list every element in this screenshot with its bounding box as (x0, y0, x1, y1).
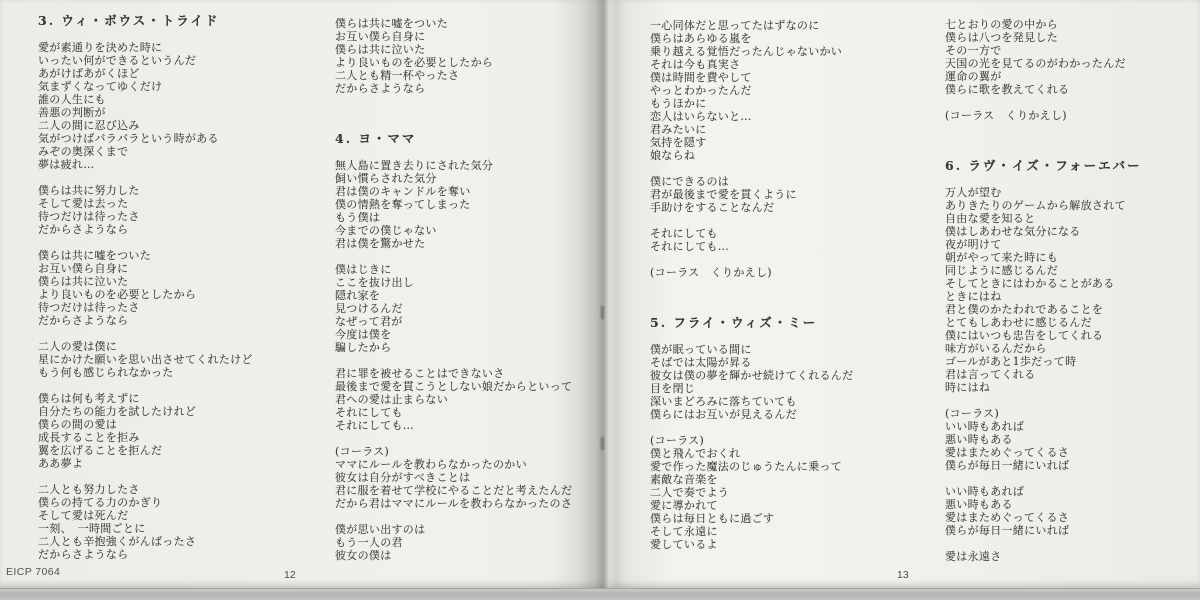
lyric-line: 僕らの持てる力のかぎり (38, 496, 253, 509)
stanza: 僕らは共に嘘をついたお互い僕ら自身に僕らは共に泣いたより良いものを必要としたから… (335, 17, 572, 95)
lyric-line: 愛はまためぐってくるさ (945, 511, 1142, 524)
lyric-line: 愛が素通りを決めた時に (38, 41, 253, 54)
lyric-line: 無人島に置き去りにされた気分 (335, 159, 572, 172)
lyric-line: 目を閉じ (650, 382, 853, 395)
lyrics-column-3: 一心同体だと思ってたはずなのに僕らはあらゆる嵐を乗り越える覚悟だったんじゃないか… (650, 19, 853, 551)
lyric-line: 僕らは共に嘘をついた (335, 17, 572, 30)
lyric-line: 善悪の判断が (38, 106, 253, 119)
lyric-line: そして永遠に (650, 525, 853, 538)
lyric-line: とてもしあわせに感じるんだ (945, 316, 1142, 329)
lyric-line: 僕らにはお互いが見えるんだ (650, 408, 853, 421)
lyric-line: もうほかに (650, 97, 853, 110)
lyric-line: 君は言ってくれる (945, 368, 1142, 381)
lyric-line: 気持を隠す (650, 136, 853, 149)
lyric-line: より良いものを必要としたから (335, 56, 572, 69)
lyric-line: 隠れ家を (335, 289, 572, 302)
lyric-line: 自由な愛を知ると (945, 212, 1142, 225)
stanza: (コーラス くりかえし) (650, 266, 853, 279)
lyric-line: 悪い時もある (945, 498, 1142, 511)
lyric-line: 飼い慣らされた気分 (335, 172, 572, 185)
lyric-line: 星にかけた願いを思い出させてくれたけど (38, 353, 253, 366)
lyric-line: 運命の翼が (945, 70, 1142, 83)
lyric-line: いったい何ができるというんだ (38, 54, 253, 67)
lyric-line: 僕らは共に泣いた (38, 275, 253, 288)
lyric-line: 素敵な音楽を (650, 473, 853, 486)
stanza: (コーラス)ママにルールを教わらなかったのかい彼女は自分がすべきことは君に服を着… (335, 445, 572, 510)
lyric-line: 君に罪を被せることはできないさ (335, 367, 572, 380)
lyric-line: 僕らは毎日ともに過ごす (650, 512, 853, 525)
lyrics-column-4: 七とおりの愛の中から僕らは八つを発見したその一方で天国の光を見てるのがわかったん… (945, 18, 1142, 563)
stanza: 万人が望むありきたりのゲームから解放されて自由な愛を知ると僕はしあわせな気分にな… (945, 186, 1142, 394)
lyric-line: 見つけるんだ (335, 302, 572, 315)
lyrics-column-1: 3. ウィ・ボウス・トライド愛が素通りを決めた時にいったい何ができるというんだあ… (38, 13, 253, 561)
lyric-line: 二人とも辛抱強くがんばったさ (38, 535, 253, 548)
lyric-line: 成長することを拒み (38, 431, 253, 444)
lyric-line: 二人で奏でよう (650, 486, 853, 499)
lyric-line: そして愛は死んだ (38, 509, 253, 522)
lyric-line: 君に服を着せて学校にやることだと考えたんだ (335, 484, 572, 497)
lyric-line: やっとわかったんだ (650, 84, 853, 97)
stanza: 一心同体だと思ってたはずなのに僕らはあらゆる嵐を乗り越える覚悟だったんじゃないか… (650, 19, 853, 162)
lyric-line: 二人の愛は僕に (38, 340, 253, 353)
lyric-line: 愛は永遠さ (945, 550, 1142, 563)
stanza: 僕らは何も考えずに自分たちの能力を試したけれど僕らの間の愛は成長することを拒み翼… (38, 392, 253, 470)
lyric-line: 深いまどろみに落ちていても (650, 395, 853, 408)
lyric-line: そしてときにはわかることがある (945, 277, 1142, 290)
lyric-line: 誰の人生にも (38, 93, 253, 106)
lyric-line: 僕らは共に泣いた (335, 43, 572, 56)
lyric-line: ママにルールを教わらなかったのかい (335, 458, 572, 471)
stanza: 愛は永遠さ (945, 550, 1142, 563)
lyric-line: 二人とも努力したさ (38, 483, 253, 496)
lyric-line: もう何も感じられなかった (38, 366, 253, 379)
lyric-line: それにしても (335, 406, 572, 419)
lyric-line: 天国の光を見てるのがわかったんだ (945, 57, 1142, 70)
stanza: 無人島に置き去りにされた気分飼い慣らされた気分君は僕のキャンドルを奪い僕の情熱を… (335, 159, 572, 250)
stanza: 二人の愛は僕に星にかけた願いを思い出させてくれたけどもう何も感じられなかった (38, 340, 253, 379)
song-title: 6. ラヴ・イズ・フォーエバー (945, 158, 1142, 173)
stanza: 二人とも努力したさ僕らの持てる力のかぎりそして愛は死んだ一刻、 一時間ごとに二人… (38, 483, 253, 561)
lyric-line: 君は僕を驚かせた (335, 237, 572, 250)
staple-icon (601, 306, 604, 319)
lyric-line: いい時もあれば (945, 420, 1142, 433)
lyric-line: 二人とも精一杯やったさ (335, 69, 572, 82)
stanza: 僕が思い出すのはもう一人の君彼女の僕は (335, 523, 572, 562)
lyric-line: 七とおりの愛の中から (945, 18, 1142, 31)
stanza: いい時もあれば悪い時もある愛はまためぐってくるさ僕らが毎日一緒にいれば (945, 485, 1142, 537)
lyric-line: そして愛は去った (38, 197, 253, 210)
lyric-line: 僕らは何も考えずに (38, 392, 253, 405)
lyric-line: 僕にはいつも忠告をしてくれる (945, 329, 1142, 342)
lyric-line: 愛しているよ (650, 538, 853, 551)
lyric-line: 僕は時間を費やして (650, 71, 853, 84)
booklet-scan: 3. ウィ・ボウス・トライド愛が素通りを決めた時にいったい何ができるというんだあ… (0, 0, 1200, 600)
stanza: 僕が眠っている間にそばでは太陽が昇る彼女は僕の夢を輝かせ続けてくれるんだ目を閉じ… (650, 343, 853, 421)
stanza: (コーラス くりかえし) (945, 109, 1142, 122)
lyric-line: 僕らは共に嘘をついた (38, 249, 253, 262)
lyric-line: 愛はまためぐってくるさ (945, 446, 1142, 459)
lyric-line: 君と僕のかたわれであることを (945, 303, 1142, 316)
catalog-number: EICP 7064 (6, 566, 60, 578)
stanza: 君に罪を被せることはできないさ最後まで愛を貫こうとしない娘だからといって君への愛… (335, 367, 572, 432)
lyric-line: 気がつけばバラバラという時がある (38, 132, 253, 145)
lyric-line: 朝がやって来た時にも (945, 251, 1142, 264)
lyric-line: その一方で (945, 44, 1142, 57)
lyric-line: (コーラス) (650, 434, 853, 447)
lyric-line: 夜が明けて (945, 238, 1142, 251)
lyric-line: もう一人の君 (335, 536, 572, 549)
lyric-line: お互い僕ら自身に (335, 30, 572, 43)
lyric-line: 娘ならね (650, 149, 853, 162)
lyric-line: 僕らは共に努力した (38, 184, 253, 197)
stanza: (コーラス)僕と飛んでおくれ愛で作った魔法のじゅうたんに乗って素敵な音楽を二人で… (650, 434, 853, 551)
lyric-line: 君は僕のキャンドルを奪い (335, 185, 572, 198)
lyric-line: 気まずくなってゆくだけ (38, 80, 253, 93)
lyric-line: 二人の間に忍び込み (38, 119, 253, 132)
lyric-line: 僕はしあわせな気分になる (945, 225, 1142, 238)
lyric-line: だからさようなら (38, 223, 253, 236)
lyric-line: 時にはね (945, 381, 1142, 394)
lyric-line: 僕らは八つを発見した (945, 31, 1142, 44)
lyric-line: なぜって君が (335, 315, 572, 328)
lyric-line: 僕はじきに (335, 263, 572, 276)
lyric-line: 僕が眠っている間に (650, 343, 853, 356)
stanza: それにしてもそれにしても… (650, 227, 853, 253)
lyric-line: 愛で作った魔法のじゅうたんに乗って (650, 460, 853, 473)
lyric-line: 今度は僕を (335, 328, 572, 341)
lyric-line: ありきたりのゲームから解放されて (945, 199, 1142, 212)
lyric-line: 今までの僕じゃない (335, 224, 572, 237)
lyric-line: それは今も真実さ (650, 58, 853, 71)
lyric-line: (コーラス) (335, 445, 572, 458)
lyric-line: 一心同体だと思ってたはずなのに (650, 19, 853, 32)
lyric-line: だからさようなら (38, 548, 253, 561)
lyric-line: 僕らの間の愛は (38, 418, 253, 431)
lyric-line: 手助けをすることなんだ (650, 201, 853, 214)
lyric-line: そばでは太陽が昇る (650, 356, 853, 369)
lyric-line: 僕が思い出すのは (335, 523, 572, 536)
lyric-line: だからさようなら (335, 82, 572, 95)
lyric-line: 僕の情熱を奪ってしまった (335, 198, 572, 211)
lyric-line: 君が最後まで愛を貫くように (650, 188, 853, 201)
lyric-line: だからさようなら (38, 314, 253, 327)
lyric-line: 彼女は僕の夢を輝かせ続けてくれるんだ (650, 369, 853, 382)
lyric-line: いい時もあれば (945, 485, 1142, 498)
lyric-line: 最後まで愛を貫こうとしない娘だからといって (335, 380, 572, 393)
lyric-line: 君への愛は止まらない (335, 393, 572, 406)
lyric-line: ああ夢よ (38, 457, 253, 470)
lyric-line: 僕らに歌を教えてくれる (945, 83, 1142, 96)
stanza: (コーラス)いい時もあれば悪い時もある愛はまためぐってくるさ僕らが毎日一緒にいれ… (945, 407, 1142, 472)
stanza: 愛が素通りを決めた時にいったい何ができるというんだあがけばあがくほど気まずくなっ… (38, 41, 253, 171)
lyric-line: 夢は疲れ… (38, 158, 253, 171)
lyric-line: 君みたいに (650, 123, 853, 136)
lyric-line: (コーラス くりかえし) (945, 109, 1142, 122)
lyric-line: 待つだけは待ったさ (38, 210, 253, 223)
lyric-line: 彼女の僕は (335, 549, 572, 562)
lyric-line: ときにはね (945, 290, 1142, 303)
lyric-line: それにしても… (650, 240, 853, 253)
scan-edge-shadow (0, 588, 1200, 600)
lyric-line: 悪い時もある (945, 433, 1142, 446)
lyric-line: 僕にできるのは (650, 175, 853, 188)
lyric-line: もう僕は (335, 211, 572, 224)
lyric-line: 翼を広げることを拒んだ (38, 444, 253, 457)
lyric-line: 愛に導かれて (650, 499, 853, 512)
lyric-line: 同じように感じるんだ (945, 264, 1142, 277)
lyric-line: 待つだけは待ったさ (38, 301, 253, 314)
song-title: 3. ウィ・ボウス・トライド (38, 13, 253, 28)
lyric-line: ここを抜け出し (335, 276, 572, 289)
song-title: 5. フライ・ウィズ・ミー (650, 315, 853, 330)
stanza: 僕はじきにここを抜け出し隠れ家を見つけるんだなぜって君が今度は僕を騙したから (335, 263, 572, 354)
lyric-line: 万人が望む (945, 186, 1142, 199)
lyric-line: (コーラス) (945, 407, 1142, 420)
lyric-line: 僕らはあらゆる嵐を (650, 32, 853, 45)
lyric-line: 僕と飛んでおくれ (650, 447, 853, 460)
stanza: 七とおりの愛の中から僕らは八つを発見したその一方で天国の光を見てるのがわかったん… (945, 18, 1142, 96)
lyric-line: 騙したから (335, 341, 572, 354)
lyric-line: 味方がいるんだから (945, 342, 1142, 355)
lyric-line: 乗り越える覚悟だったんじゃないかい (650, 45, 853, 58)
stanza: 僕らは共に努力したそして愛は去った待つだけは待ったさだからさようなら (38, 184, 253, 236)
lyric-line: ゴールがあと1歩だって時 (945, 355, 1142, 368)
lyric-line: それにしても (650, 227, 853, 240)
stanza: 僕にできるのは君が最後まで愛を貫くように手助けをすることなんだ (650, 175, 853, 214)
stanza: 僕らは共に嘘をついたお互い僕ら自身に僕らは共に泣いたより良いものを必要としたから… (38, 249, 253, 327)
lyric-line: 彼女は自分がすべきことは (335, 471, 572, 484)
lyric-line: それにしても… (335, 419, 572, 432)
lyric-line: (コーラス くりかえし) (650, 266, 853, 279)
lyric-line: より良いものを必要としたから (38, 288, 253, 301)
lyric-line: 僕らが毎日一緒にいれば (945, 459, 1142, 472)
page-number-left: 12 (284, 569, 296, 581)
lyric-line: だから君はママにルールを教わらなかったのさ (335, 497, 572, 510)
staple-icon (601, 437, 604, 450)
lyric-line: 自分たちの能力を試したけれど (38, 405, 253, 418)
lyric-line: あがけばあがくほど (38, 67, 253, 80)
song-title: 4. ヨ・ママ (335, 131, 572, 146)
lyric-line: みぞの奥深くまで (38, 145, 253, 158)
page-number-right: 13 (897, 569, 909, 581)
lyrics-column-2: 僕らは共に嘘をついたお互い僕ら自身に僕らは共に泣いたより良いものを必要としたから… (335, 17, 572, 562)
lyric-line: 恋人はいらないと… (650, 110, 853, 123)
left-page: 3. ウィ・ボウス・トライド愛が素通りを決めた時にいったい何ができるというんだあ… (0, 0, 600, 589)
right-page: 一心同体だと思ってたはずなのに僕らはあらゆる嵐を乗り越える覚悟だったんじゃないか… (600, 0, 1200, 589)
lyric-line: 僕らが毎日一緒にいれば (945, 524, 1142, 537)
lyric-line: お互い僕ら自身に (38, 262, 253, 275)
lyric-line: 一刻、 一時間ごとに (38, 522, 253, 535)
